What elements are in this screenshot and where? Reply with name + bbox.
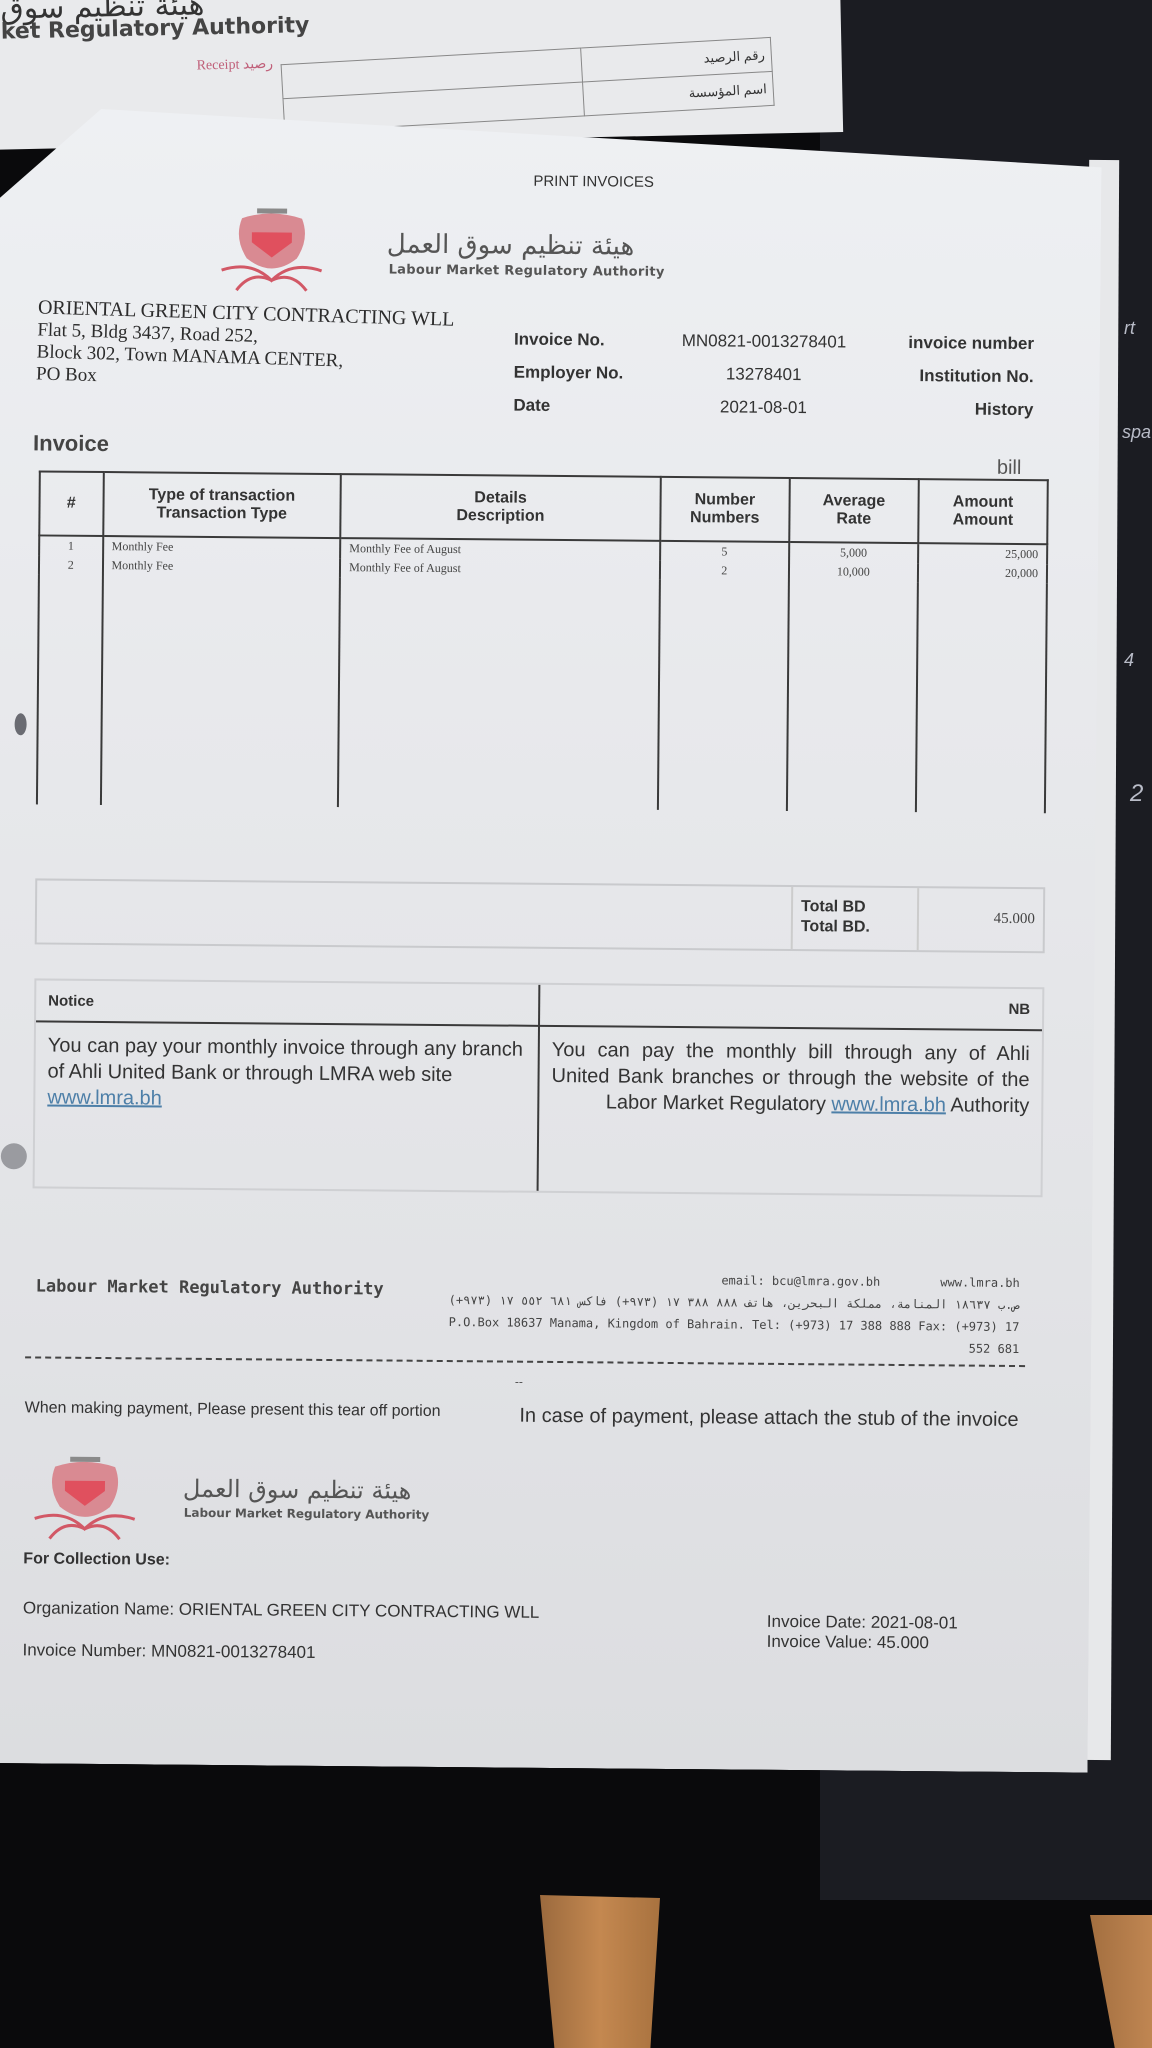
invoice-section-title: Invoice bbox=[33, 430, 109, 457]
notice-right: NB You can pay the monthly bill through … bbox=[537, 985, 1043, 1195]
meta-value: MN0821-0013278401 bbox=[664, 330, 864, 352]
footer-english-address: P.O.Box 18637 Manama, Kingdom of Bahrain… bbox=[439, 1311, 1019, 1360]
footer-email: email: bcu@lmra.gov.bh bbox=[721, 1273, 880, 1288]
logo-english-text: Labour Market Regulatory Authority bbox=[184, 1506, 430, 1522]
invoice-meta: Invoice No. MN0821-0013278401 invoice nu… bbox=[513, 323, 1034, 427]
lmra-website-link[interactable]: www.lmra.bh bbox=[831, 1093, 946, 1116]
column-header: AverageRate bbox=[789, 478, 919, 543]
notice-header-alt: NB bbox=[540, 985, 1042, 1031]
collection-invoice-value: Invoice Value: 45.000 bbox=[767, 1632, 958, 1654]
footer-org-name: Labour Market Regulatory Authority bbox=[36, 1276, 384, 1299]
meta-label-alt: Institution No. bbox=[864, 365, 1034, 386]
print-title: PRINT INVOICES bbox=[533, 173, 654, 191]
meta-row-invoice-no: Invoice No. MN0821-0013278401 invoice nu… bbox=[514, 323, 1034, 361]
keyboard-key-label: spa bbox=[1122, 422, 1151, 443]
bahrain-coat-of-arms-icon bbox=[216, 200, 327, 301]
footer-website: www.lmra.bh bbox=[940, 1275, 1020, 1290]
collection-invoice-date: Invoice Date: 2021-08-01 bbox=[767, 1612, 958, 1634]
tear-off-instruction: When making payment, Please present this… bbox=[25, 1398, 485, 1422]
notice-text-alt: You can pay the monthly bill through any… bbox=[539, 1027, 1042, 1129]
meta-label: Invoice No. bbox=[514, 329, 664, 350]
punch-hole bbox=[15, 713, 27, 735]
notice-left: Notice You can pay your monthly invoice … bbox=[35, 980, 539, 1190]
receipt-table: رقم الرصيد اسم المؤسسة bbox=[281, 37, 775, 133]
meta-label: Employer No. bbox=[514, 362, 664, 383]
column-header: AmountAmount bbox=[918, 479, 1048, 544]
invoice-items-table: # Type of transactionTransaction Type De… bbox=[36, 470, 1049, 813]
logo-arabic-text: هيئة تنظيم سوق العمل bbox=[183, 1475, 412, 1505]
meta-label-alt: History bbox=[863, 398, 1033, 419]
column-header: Type of transactionTransaction Type bbox=[103, 472, 341, 538]
meta-row-date: Date 2021-08-01 History bbox=[513, 389, 1033, 427]
collection-heading: For Collection Use: bbox=[23, 1550, 170, 1569]
company-address-block: ORIENTAL GREEN CITY CONTRACTING WLL Flat… bbox=[36, 296, 455, 397]
keyboard-key-label: 4 bbox=[1124, 650, 1134, 671]
print-url: https://www.lmra.gov.bh/EMS_Web/fCLCommo… bbox=[0, 1804, 836, 1832]
wooden-floor bbox=[1090, 1915, 1152, 2048]
column-header: # bbox=[39, 471, 103, 536]
meta-label-alt: invoice number bbox=[864, 332, 1034, 353]
meta-row-employer-no: Employer No. 13278401 Institution No. bbox=[514, 356, 1034, 394]
notice-header: Notice bbox=[36, 980, 538, 1026]
column-header: DetailsDescription bbox=[340, 474, 660, 541]
logo-arabic-text: هيئة تنظيم سوق العمل bbox=[387, 229, 635, 261]
invoice-sheet: PRINT INVOICES هيئة تنظيم سوق العمل Labo… bbox=[0, 108, 1102, 1773]
column-header: NumberNumbers bbox=[660, 477, 790, 542]
notice-box: Notice You can pay your monthly invoice … bbox=[33, 978, 1045, 1197]
total-value: 45.000 bbox=[917, 888, 1044, 951]
invoice-section-title-alt: bill bbox=[997, 457, 1022, 480]
keyboard-key-label: 2 bbox=[1130, 780, 1143, 808]
invoice-totals: Total BD Total BD. 45.000 bbox=[35, 878, 1046, 953]
tear-off-instruction-alt: In case of payment, please attach the st… bbox=[518, 1403, 1018, 1433]
collection-invoice-details: Invoice Date: 2021-08-01 Invoice Value: … bbox=[767, 1612, 958, 1654]
receipt-label: Receipt رصيد bbox=[196, 56, 273, 75]
keyboard-key-label: rt bbox=[1124, 318, 1135, 339]
notice-text: You can pay your monthly invoice through… bbox=[35, 1022, 538, 1124]
collection-organization: Organization Name: ORIENTAL GREEN CITY C… bbox=[23, 1598, 540, 1623]
table-empty-space bbox=[37, 574, 1047, 813]
total-label: Total BD Total BD. bbox=[791, 887, 918, 950]
meta-label: Date bbox=[513, 395, 663, 416]
punch-hole bbox=[1, 1143, 27, 1169]
lmra-website-link[interactable]: www.lmra.bh bbox=[47, 1087, 162, 1110]
receipt-english-title: ket Regulatory Authority bbox=[1, 13, 310, 44]
wooden-floor bbox=[540, 1895, 660, 2048]
footer-contact: email: bcu@lmra.gov.bhwww.lmra.bh ص.ب ١٨… bbox=[439, 1267, 1020, 1360]
table-header-row: # Type of transactionTransaction Type De… bbox=[39, 471, 1048, 544]
tear-off-mark: -- bbox=[515, 1375, 523, 1389]
logo-english-text: Labour Market Regulatory Authority bbox=[389, 262, 665, 279]
collection-invoice-number: Invoice Number: MN0821-0013278401 bbox=[22, 1640, 315, 1663]
bahrain-coat-of-arms-icon bbox=[29, 1448, 140, 1549]
meta-value: 13278401 bbox=[664, 363, 864, 385]
meta-value: 2021-08-01 bbox=[663, 396, 863, 418]
